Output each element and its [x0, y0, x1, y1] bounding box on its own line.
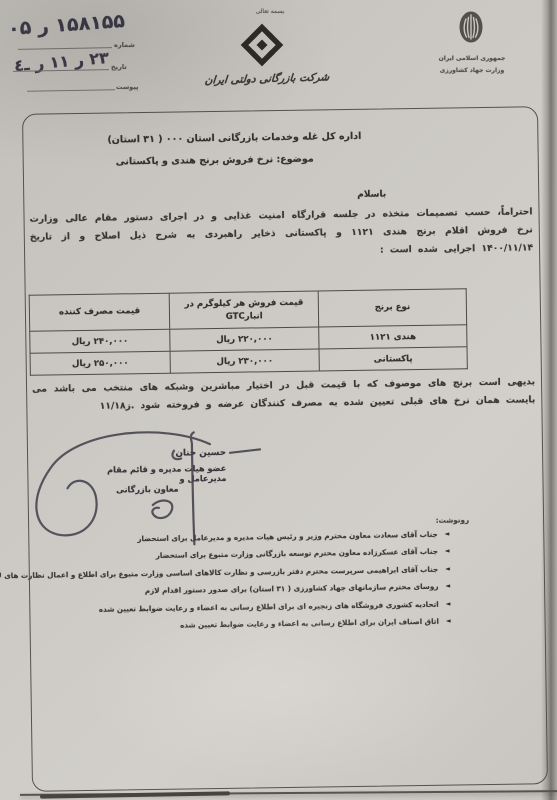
arrow-bullet-icon: ◄: [445, 583, 450, 591]
cell-consumer-price: ۲۵۰,۰۰۰ ریال: [30, 351, 171, 375]
cc-item-text: اتحادیه کشوری فروشگاه های زنجیره ای برای…: [99, 599, 439, 613]
gtc-company-logo-icon: [238, 21, 286, 73]
note-paragraph: بدیهی است برنج های موصوف که با قیمت قبل …: [32, 373, 535, 416]
cc-distribution-list: ◄جناب آقای سعادت معاون محترم وزیر و رئیس…: [37, 530, 451, 640]
number-label: شماره: [114, 41, 135, 49]
paper-bottom-corner-shadow: [40, 791, 230, 798]
attachment-label: پیوست: [116, 83, 138, 91]
bismillah-text: بسمه تعالی: [240, 8, 300, 15]
scanned-letter-page: ۰۵ ر ۱۵۸۱۵۵ ٤ـ ر ۱۱ ر ۲۳ شماره تاریخ پیو…: [0, 0, 557, 800]
arrow-bullet-icon: ◄: [445, 565, 450, 573]
arrow-bullet-icon: ◄: [445, 531, 450, 539]
header-consumer-price: قیمت مصرف کننده: [29, 293, 170, 331]
ministry-name: وزارت جهاد کشاورزی: [434, 67, 510, 74]
photo-right-edge-shadow: [541, 0, 557, 800]
date-label: تاریخ: [111, 63, 127, 71]
recipient-line: اداره کل غله وخدمات بازرگانی استان ۰۰۰ (…: [107, 131, 361, 146]
cc-item: ◄اتاق اصناف ایران برای اطلاع رسانی به اع…: [39, 617, 451, 634]
cell-rice-type: هندی ۱۱۲۱: [319, 325, 467, 349]
handwritten-letter-number: ۰۵ ر ۱۵۸۱۵۵: [7, 10, 125, 40]
salutation: باسلام: [357, 189, 386, 199]
iran-national-emblem-icon: [458, 10, 484, 48]
cc-item: ◄جناب آقای ابراهیمی سرپرست محترم دفتر با…: [38, 564, 450, 581]
cc-item-text: جناب آقای ابراهیمی سرپرست محترم دفتر باز…: [0, 565, 438, 581]
cc-item-text: روسای محترم سازمانهای جهاد کشاورزی ( ۳۱ …: [145, 582, 439, 595]
arrow-bullet-icon: ◄: [446, 600, 451, 608]
cc-item: ◄جناب آقای عسکرزاده معاون محترم توسعه با…: [38, 547, 450, 564]
arrow-bullet-icon: ◄: [446, 618, 451, 626]
arrow-bullet-icon: ◄: [445, 548, 450, 556]
header-rice-type: نوع برنج: [318, 289, 466, 327]
cell-rice-type: پاکستانی: [319, 347, 467, 371]
cell-gtc-price: ۲۲۰,۰۰۰ ریال: [170, 327, 319, 351]
letter-body-frame: اداره کل غله وخدمات بازرگانی استان ۰۰۰ (…: [22, 106, 548, 792]
attachment-line: [27, 89, 115, 92]
cc-item: ◄روسای محترم سازمانهای جهاد کشاورزی ( ۳۱…: [38, 582, 450, 599]
header-gtc-price: قیمت فروش هر کیلوگرم در انبارGTC: [169, 291, 318, 329]
cell-consumer-price: ۲۴۰,۰۰۰ ریال: [30, 329, 171, 353]
company-name-calligraphy: شرکت بازرگانی دولتی ایران: [191, 71, 342, 87]
government-name: جمهوری اسلامی ایران: [430, 55, 514, 62]
cc-item: ◄اتحادیه کشوری فروشگاه های زنجیره ای برا…: [38, 599, 450, 616]
cc-item-text: جناب آقای عسکرزاده معاون محترم توسعه باز…: [156, 547, 438, 560]
subject-line: موضوع: نرخ فروش برنج هندی و پاکستانی: [116, 154, 314, 168]
cc-item-text: اتاق اصناف ایران برای اطلاع رسانی به اعض…: [180, 617, 439, 630]
rice-price-table: نوع برنج قیمت فروش هر کیلوگرم در انبارGT…: [29, 288, 468, 375]
cc-label: رونوشت:: [436, 515, 470, 524]
cell-gtc-price: ۲۳۰,۰۰۰ ریال: [170, 349, 319, 373]
letter-body-paragraph: احتراماً، حسب تصمیمات متخذه در جلسه قرار…: [29, 203, 533, 264]
